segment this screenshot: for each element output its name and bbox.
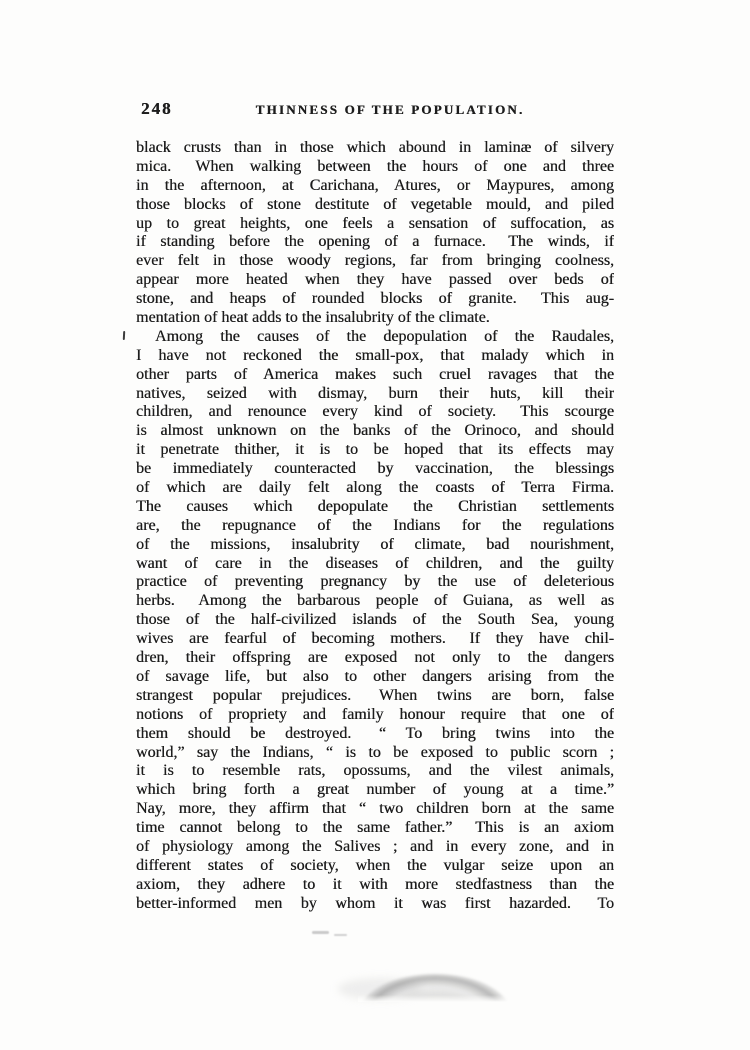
text-line: if standing before the opening of a furn…	[136, 233, 614, 252]
text-line: mentation of heat adds to the insalubrit…	[136, 309, 614, 328]
text-line: dren, their offspring are exposed not on…	[136, 649, 614, 668]
scan-artifact-dome-shape	[360, 974, 510, 1002]
text-line: in the afternoon, at Carichana, Atures, …	[136, 177, 614, 196]
text-line: those of the half-civilized islands of t…	[136, 611, 614, 630]
text-line: mica. When walking between the hours of …	[136, 158, 614, 177]
text-line: ever felt in those woody regions, far fr…	[136, 252, 614, 271]
text-line: are, the repugnance of the Indians for t…	[136, 517, 614, 536]
text-line: The causes which depopulate the Christia…	[136, 498, 614, 517]
text-line: of physiology among the Salives ; and in…	[136, 838, 614, 857]
paragraph: Among the causes of the depopulation of …	[136, 328, 614, 914]
text-line: which bring forth a great number of youn…	[136, 781, 614, 800]
text-line: time cannot belong to the same father.” …	[136, 819, 614, 838]
text-line: children, and renounce every kind of soc…	[136, 403, 614, 422]
text-line: natives, seized with dismay, burn their …	[136, 385, 614, 404]
text-line: black crusts than in those which abound …	[136, 139, 614, 158]
text-line: of which are daily felt along the coasts…	[136, 479, 614, 498]
text-line: Nay, more, they affirm that “ two childr…	[136, 800, 614, 819]
text-line: be immediately counteracted by vaccinati…	[136, 460, 614, 479]
scan-artifact-dome	[358, 971, 514, 1002]
text-line: Among the causes of the depopulation of …	[136, 328, 614, 347]
text-line: them should be destroyed. “ To bring twi…	[136, 725, 614, 744]
text-line: better-informed men by whom it was first…	[136, 895, 614, 914]
text-line: other parts of America makes such cruel …	[136, 366, 614, 385]
text-line: up to great heights, one feels a sensati…	[136, 215, 614, 234]
scan-smudge	[312, 931, 329, 934]
text-line: those blocks of stone destitute of veget…	[136, 196, 614, 215]
text-line: of the missions, insalubrity of climate,…	[136, 536, 614, 555]
text-line: is almost unknown on the banks of the Or…	[136, 422, 614, 441]
running-head: THINNESS OF THE POPULATION.	[160, 102, 620, 118]
text-line: world,” say the Indians, “ is to be expo…	[136, 744, 614, 763]
text-line: different states of society, when the vu…	[136, 857, 614, 876]
text-line: I have not reckoned the small-pox, that …	[136, 347, 614, 366]
paragraph: black crusts than in those which abound …	[136, 139, 614, 328]
text-line: herbs. Among the barbarous people of Gui…	[136, 592, 614, 611]
text-line: strangest popular prejudices. When twins…	[136, 687, 614, 706]
scan-smudge	[334, 934, 347, 936]
text-block: black crusts than in those which abound …	[136, 139, 614, 914]
text-line: appear more heated when they have passed…	[136, 271, 614, 290]
text-line: practice of preventing pregnancy by the …	[136, 573, 614, 592]
book-page: 248 THINNESS OF THE POPULATION. black cr…	[0, 0, 750, 1050]
text-line: notions of propriety and family honour r…	[136, 706, 614, 725]
text-line: want of care in the diseases of children…	[136, 555, 614, 574]
text-line: axiom, they adhere to it with more stedf…	[136, 876, 614, 895]
text-line: it is to resemble rats, opossums, and th…	[136, 762, 614, 781]
text-line: stone, and heaps of rounded blocks of gr…	[136, 290, 614, 309]
text-line: of savage life, but also to other danger…	[136, 668, 614, 687]
margin-tick-mark	[123, 331, 125, 340]
text-line: wives are fearful of becoming mothers. I…	[136, 630, 614, 649]
text-line: it penetrate thither, it is to be hoped …	[136, 441, 614, 460]
